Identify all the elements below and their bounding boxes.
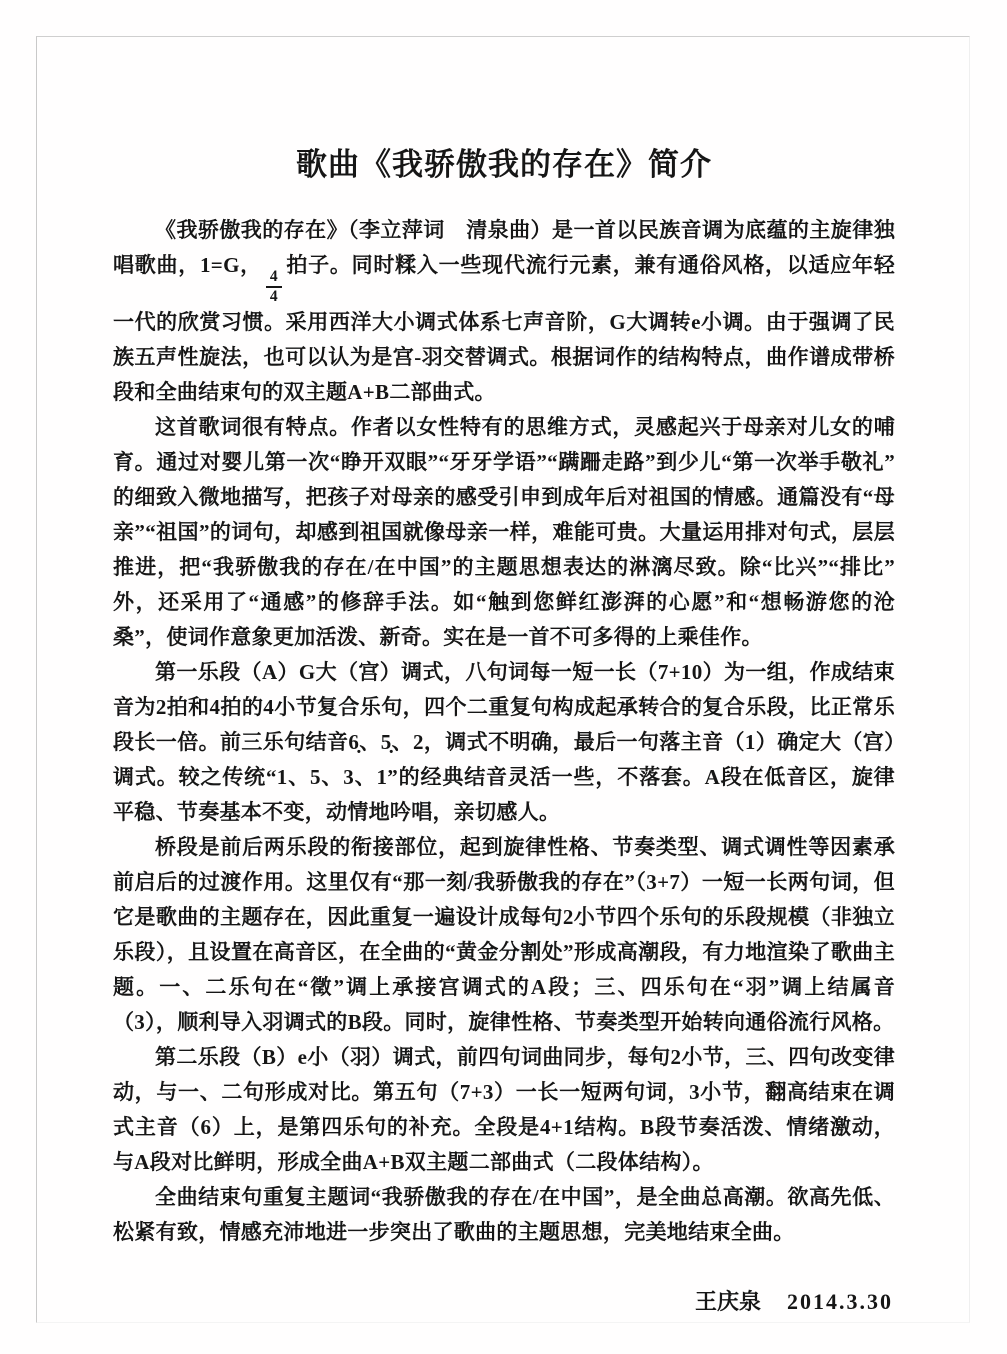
document-title: 歌曲《我骄傲我的存在》简介 (113, 143, 895, 186)
signature-line: 王庆泉2014.3.30 (113, 1284, 895, 1319)
paragraph-5: 第二乐段（B）e小（羽）调式，前四句词曲同步，每句2小节，三、四句改变律动，与一… (113, 1040, 895, 1180)
paragraph-2: 这首歌词很有特点。作者以女性特有的思维方式，灵感起兴于母亲对儿女的哺育。通过对婴… (113, 410, 895, 655)
signature-date: 2014.3.30 (787, 1289, 893, 1314)
fraction-denominator: 4 (270, 288, 278, 305)
paragraph-6: 全曲结束句重复主题词“我骄傲我的存在/在中国”，是全曲总高潮。欲高先低、松紧有致… (113, 1180, 895, 1250)
signature-author: 王庆泉 (695, 1289, 761, 1314)
scanned-document-page: 歌曲《我骄傲我的存在》简介 《我骄傲我的存在》（李立萍词 清泉曲）是一首以民族音… (0, 0, 1007, 1354)
document-content: 歌曲《我骄傲我的存在》简介 《我骄傲我的存在》（李立萍词 清泉曲）是一首以民族音… (113, 143, 895, 1319)
time-signature-fraction: 44 (266, 269, 282, 305)
fraction-numerator: 4 (266, 269, 282, 288)
paragraph-4: 桥段是前后两乐段的衔接部位，起到旋律性格、节奏类型、调式调性等因素承前启后的过渡… (113, 830, 895, 1040)
paragraph-3: 第一乐段（A）G大（宫）调式，八句词每一短一长（7+10）为一组，作成结束音为2… (113, 655, 895, 830)
paragraph-1: 《我骄傲我的存在》（李立萍词 清泉曲）是一首以民族音调为底蕴的主旋律独唱歌曲，1… (113, 213, 895, 409)
